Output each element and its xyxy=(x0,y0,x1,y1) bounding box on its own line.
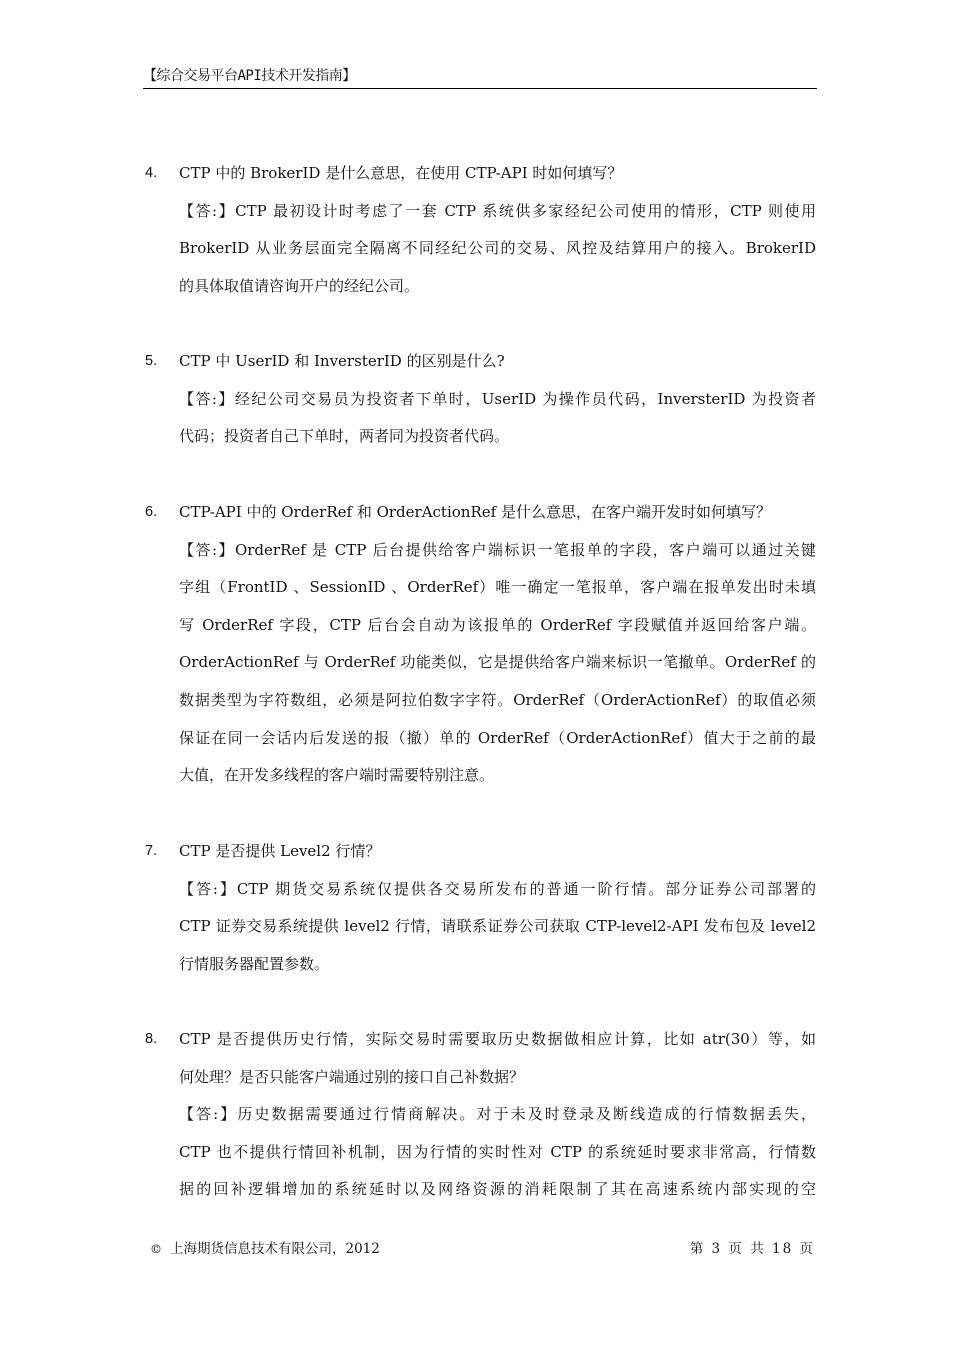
question-number: 4. xyxy=(145,155,175,193)
question-text: CTP 是否提供历史行情，实际交易时需要取历史数据做相应计算，比如 atr(30… xyxy=(179,1021,816,1059)
answer-line: 【答:】历史数据需要通过行情商解决。对于未及时登录及断线造成的行情数据丢失， xyxy=(179,1096,816,1134)
answer-line: CTP 也不提供行情回补机制，因为行情的实时性对 CTP 的系统延时要求非常高，… xyxy=(179,1134,816,1172)
question-number: 7. xyxy=(145,833,175,871)
question-text: CTP 中 UserID 和 InversterID 的区别是什么? xyxy=(179,343,816,381)
answer-line: 【答:】OrderRef 是 CTP 后台提供给客户端标识一笔报单的字段，客户端… xyxy=(179,532,816,570)
copyright-text: 上海期货信息技术有限公司，2012 xyxy=(170,1241,380,1257)
answer-line: 保证在同一会话内后发送的报（撤）单的 OrderRef（OrderActionR… xyxy=(179,720,816,758)
answer-line: 代码；投资者自己下单时，两者同为投资者代码。 xyxy=(179,418,816,456)
answer-line: 【答:】CTP 最初设计时考虑了一套 CTP 系统供多家经纪公司使用的情形，CT… xyxy=(179,193,816,231)
footer-copyright: ©上海期货信息技术有限公司，2012 xyxy=(150,1238,380,1260)
answer-line: CTP 证券交易系统提供 level2 行情，请联系证券公司获取 CTP-lev… xyxy=(179,908,816,946)
answer-line: 大值，在开发多线程的客户端时需要特别注意。 xyxy=(179,757,816,795)
answer-line: 据的回补逻辑增加的系统延时以及网络资源的消耗限制了其在高速系统内部实现的空 xyxy=(179,1171,816,1209)
question-text: 何处理？是否只能客户端通过别的接口自己补数据？ xyxy=(179,1059,816,1097)
page-number: 第 3 页 共 18 页 xyxy=(690,1238,815,1260)
answer-line: OrderActionRef 与 OrderRef 功能类似，它是提供给客户端来… xyxy=(179,644,816,682)
question-number: 6. xyxy=(145,494,175,532)
answer-line: 写 OrderRef 字段，CTP 后台会自动为该报单的 OrderRef 字段… xyxy=(179,607,816,645)
question-text: CTP 是否提供 Level2 行情？ xyxy=(179,833,816,871)
question-number: 8. xyxy=(145,1021,175,1059)
answer-line: BrokerID 从业务层面完全隔离不同经纪公司的交易、风控及结算用户的接入。B… xyxy=(179,230,816,268)
answer-line: 的具体取值请咨询开户的经纪公司。 xyxy=(179,268,816,306)
answer-line: 【答:】经纪公司交易员为投资者下单时，UserID 为操作员代码，Inverst… xyxy=(179,381,816,419)
question-text: CTP-API 中的 OrderRef 和 OrderActionRef 是什么… xyxy=(179,494,816,532)
answer-line: 行情服务器配置参数。 xyxy=(179,946,816,984)
document-title: 【综合交易平台API技术开发指南】 xyxy=(143,68,356,84)
copyright-icon: © xyxy=(150,1242,162,1256)
question-text: CTP 中的 BrokerID 是什么意思，在使用 CTP-API 时如何填写？ xyxy=(179,155,816,193)
answer-line: 【答:】CTP 期货交易系统仅提供各交易所发布的普通一阶行情。部分证券公司部署的 xyxy=(179,871,816,909)
question-number: 5. xyxy=(145,343,175,381)
page-header: 【综合交易平台API技术开发指南】 xyxy=(143,66,817,89)
page-footer: ©上海期货信息技术有限公司，2012 第 3 页 共 18 页 xyxy=(150,1238,815,1260)
answer-line: 字组（FrontID 、SessionID 、OrderRef）唯一确定一笔报单… xyxy=(179,569,816,607)
answer-line: 数据类型为字符数组，必须是阿拉伯数字字符。OrderRef（OrderActio… xyxy=(179,682,816,720)
